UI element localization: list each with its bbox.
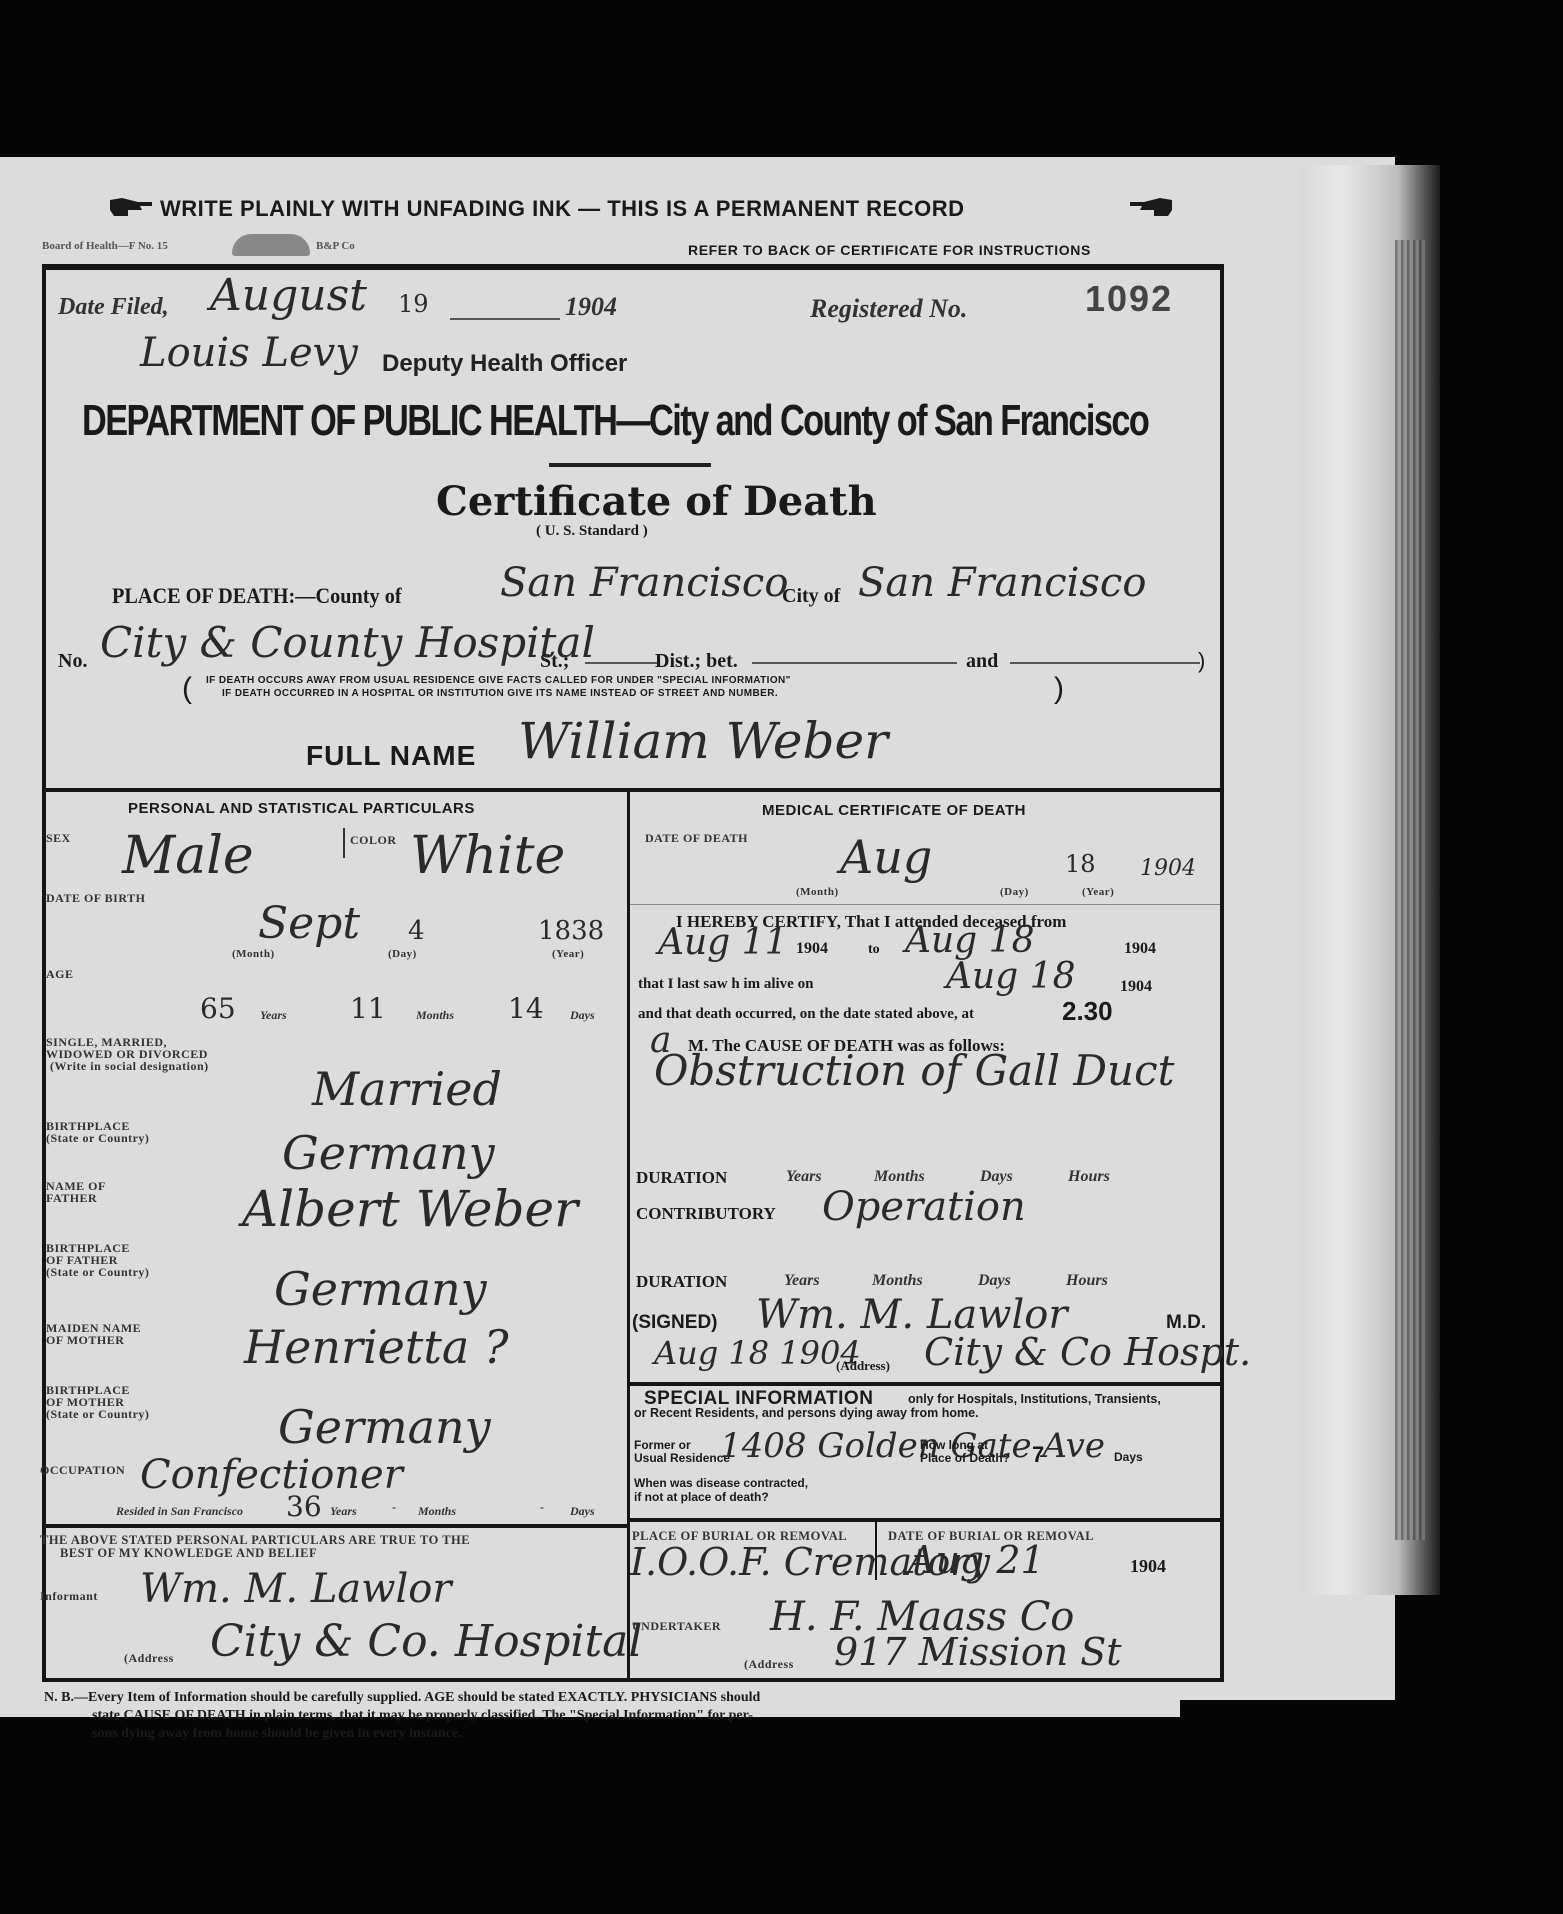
death-day-caption: (Day) (1000, 886, 1029, 898)
banner-text: WRITE PLAINLY WITH UNFADING INK — THIS I… (160, 196, 965, 222)
duration-days-2: Days (978, 1272, 1011, 1290)
duration-months-2: Months (872, 1272, 923, 1290)
contributory-cause: Operation (822, 1184, 1026, 1230)
death-day: 18 (1065, 850, 1096, 878)
age-years-caption: Years (260, 1008, 287, 1023)
death-time: 2.30 (1062, 996, 1113, 1027)
date-filed-rule (450, 318, 560, 320)
date-of-birth-label: DATE OF BIRTH (46, 892, 145, 904)
physician-address-label: (Address) (836, 1358, 890, 1374)
pointing-hand-icon (1128, 196, 1174, 218)
resided-label: Resided in San Francisco (116, 1504, 243, 1519)
age-years: 65 (200, 992, 236, 1025)
age-months-caption: Months (416, 1008, 454, 1023)
between-street-field (752, 662, 957, 664)
paren-close: ) (1198, 648, 1205, 674)
residence-label-2: Usual Residence (634, 1451, 730, 1465)
residence-label-1: Former or (634, 1438, 691, 1452)
sex-color-divider (343, 828, 345, 858)
father-birthplace-value: Germany (274, 1262, 487, 1316)
dob-month: Sept (258, 898, 360, 949)
birthplace-value: Germany (282, 1126, 495, 1180)
section-divider (44, 788, 1222, 792)
mother-birthplace-label-3: (State or Country) (46, 1408, 149, 1420)
physician-address: City & Co Hospt. (924, 1330, 1251, 1374)
burial-year: 1904 (1130, 1556, 1166, 1577)
undertaker-address: 917 Mission St (834, 1630, 1122, 1674)
and-label: and (966, 650, 998, 673)
duration-hours: Hours (1068, 1168, 1110, 1186)
resided-months-caption: Months (418, 1504, 456, 1519)
undertaker-label: UNDERTAKER (632, 1620, 721, 1632)
signed-date: Aug 18 1904 (654, 1334, 861, 1372)
printer-company: B&P Co (316, 240, 355, 252)
death-month: Aug (840, 830, 932, 884)
occupation-label: OCCUPATION (40, 1464, 125, 1476)
resided-days: - (540, 1500, 544, 1514)
paren-close: ) (1054, 672, 1064, 706)
how-long-days-label: Days (1114, 1450, 1143, 1464)
how-long-label-1: How long at (920, 1438, 988, 1452)
certificate-title: Certificate of Death (436, 478, 877, 525)
resided-years-caption: Years (330, 1504, 357, 1519)
resided-months: - (392, 1500, 396, 1514)
date-filed-year: 1904 (565, 292, 617, 322)
attended-from-year: 1904 (796, 940, 828, 958)
attended-from: Aug 11 (658, 922, 787, 963)
father-birthplace-label-3: (State or Country) (46, 1266, 149, 1278)
city-value: San Francisco (858, 560, 1146, 606)
how-long-label-2: Place of Death? (920, 1451, 1010, 1465)
informant-name: Wm. M. Lawlor (140, 1566, 452, 1612)
death-month-caption: (Month) (796, 886, 839, 898)
dob-day-caption: (Day) (388, 948, 417, 960)
mother-label-2: OF MOTHER (46, 1334, 124, 1346)
usual-residence: 1408 Golden Gate Ave (720, 1426, 1105, 1466)
informant-label: Informant (40, 1590, 98, 1602)
last-saw-statement: that I last saw h im alive on (638, 976, 813, 993)
burial-date: Aug 21 (908, 1538, 1045, 1582)
institution-value: City & County Hospital (100, 618, 595, 667)
special-note-1: only for Hospitals, Institutions, Transi… (908, 1392, 1161, 1406)
officer-title: Deputy Health Officer (382, 350, 627, 378)
informant-address: City & Co. Hospital (210, 1616, 642, 1667)
father-label-2: FATHER (46, 1192, 97, 1204)
full-name-value: William Weber (518, 712, 888, 770)
instructions-note: REFER TO BACK OF CERTIFICATE FOR INSTRUC… (688, 242, 1091, 258)
burial-divider (628, 1518, 1222, 1522)
informant-statement-2: BEST OF MY KNOWLEDGE AND BELIEF (60, 1547, 317, 1559)
pointing-hand-icon (108, 196, 154, 218)
book-shadow (1180, 1700, 1563, 1914)
resided-years: 36 (286, 1490, 322, 1523)
mother-birthplace-value: Germany (278, 1400, 491, 1454)
resided-days-caption: Days (570, 1504, 595, 1519)
book-page-stack (1395, 240, 1425, 1540)
place-of-death-label: PLACE OF DEATH:—County of (112, 583, 402, 609)
death-year-caption: (Year) (1082, 886, 1114, 898)
attended-to-year: 1904 (1124, 940, 1156, 958)
how-long-value: 7 (1032, 1442, 1044, 1468)
duration-label: DURATION (636, 1168, 727, 1188)
cause-of-death: Obstruction of Gall Duct (654, 1046, 1175, 1095)
contributory-label: CONTRIBUTORY (636, 1204, 776, 1224)
special-divider (628, 1382, 1222, 1386)
death-time-statement: and that death occurred, on the date sta… (638, 1006, 974, 1023)
duration-years: Years (786, 1168, 822, 1186)
title-divider (549, 463, 711, 467)
undertaker-address-label: (Address (744, 1658, 794, 1670)
place-note-line-2: IF DEATH OCCURRED IN A HOSPITAL OR INSTI… (222, 688, 778, 699)
printer-form-number: Board of Health—F No. 15 (42, 240, 168, 252)
contracted-label-1: When was disease contracted, (634, 1476, 808, 1490)
dob-day: 4 (408, 916, 425, 946)
personal-heading: PERSONAL AND STATISTICAL PARTICULARS (128, 800, 475, 817)
date-filed-month: August (210, 270, 367, 321)
registered-label: Registered No. (810, 294, 967, 324)
birthplace-label-2: (State or Country) (46, 1132, 149, 1144)
date-of-death-label: DATE OF DEATH (645, 832, 748, 844)
informant-divider (44, 1524, 628, 1528)
footnote-line-1: N. B.—Every Item of Information should b… (44, 1690, 760, 1706)
duration-years-2: Years (784, 1272, 820, 1290)
place-note-line-1: IF DEATH OCCURS AWAY FROM USUAL RESIDENC… (206, 675, 791, 686)
informant-statement-1: THE ABOVE STATED PERSONAL PARTICULARS AR… (40, 1534, 470, 1546)
contracted-label-2: if not at place of death? (634, 1490, 769, 1504)
street-field (585, 662, 657, 664)
attended-to: Aug 18 (905, 920, 1034, 961)
county-value: San Francisco (500, 560, 788, 606)
occupation-value: Confectioner (140, 1452, 403, 1498)
special-note-2: or Recent Residents, and persons dying a… (634, 1406, 979, 1420)
date-filed-label: Date Filed, (58, 294, 169, 321)
dob-month-caption: (Month) (232, 948, 275, 960)
age-days: 14 (508, 992, 544, 1025)
signed-label: (SIGNED) (632, 1312, 718, 1334)
last-saw-date: Aug 18 (946, 956, 1075, 997)
city-label: City of (782, 585, 840, 608)
dob-year: 1838 (538, 916, 604, 946)
dob-year-caption: (Year) (552, 948, 584, 960)
father-name-value: Albert Weber (242, 1180, 578, 1238)
sex-label: SEX (46, 832, 71, 844)
informant-address-label: (Address (124, 1652, 174, 1664)
last-saw-year: 1904 (1120, 978, 1152, 996)
footnote-line-3: sons dying away from home should be give… (92, 1726, 462, 1742)
district-label: Dist.; bet. (655, 650, 738, 673)
standard-subtitle: ( U. S. Standard ) (536, 523, 648, 540)
date-of-death-rule (630, 904, 1220, 905)
officer-signature: Louis Levy (140, 330, 358, 376)
death-year: 1904 (1140, 856, 1196, 881)
street-number-label: No. (58, 650, 87, 673)
age-label: AGE (46, 968, 74, 980)
date-filed-day: 19 (398, 290, 429, 318)
printer-seal-icon (232, 234, 310, 256)
marital-value: Married (312, 1062, 502, 1116)
mother-name-value: Henrietta ? (244, 1320, 509, 1374)
age-months: 11 (350, 992, 386, 1025)
marital-label-3: (Write in social designation) (50, 1060, 209, 1072)
and-street-field (1010, 662, 1200, 664)
sex-value: Male (122, 826, 254, 886)
color-label: COLOR (350, 834, 397, 846)
street-label: St.; (540, 650, 569, 673)
color-value: White (410, 826, 565, 886)
to-label: to (868, 942, 880, 958)
age-days-caption: Days (570, 1008, 595, 1023)
full-name-label: FULL NAME (306, 740, 476, 772)
medical-heading: MEDICAL CERTIFICATE OF DEATH (762, 802, 1026, 819)
footnote-line-2: state CAUSE OF DEATH in plain terms, tha… (92, 1708, 753, 1724)
registered-number: 1092 (1085, 278, 1173, 320)
paren-open: ( (182, 672, 192, 706)
duration-label-2: DURATION (636, 1272, 727, 1292)
duration-hours-2: Hours (1066, 1272, 1108, 1290)
department-title: DEPARTMENT OF PUBLIC HEALTH—City and Cou… (82, 396, 1148, 446)
